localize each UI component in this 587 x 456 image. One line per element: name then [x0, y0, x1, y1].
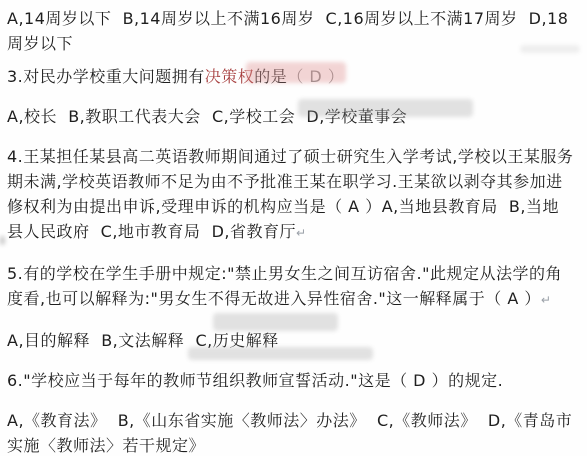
q5-options-line: A,目的解释 B,文法解释 C,历史解释: [7, 328, 575, 353]
text-segment: A,14周岁以下 B,14周岁以上不满16周岁 C,16周岁以上不满17周岁 D…: [7, 9, 568, 53]
text-segment: 5.有的学校在学生手册中规定:"禁止男女生之间互访宿舍."此规定从法学的角度看,…: [7, 264, 562, 308]
text-segment: 3.对民办学校重大问题拥有: [7, 67, 205, 86]
answer-letter: （ D ）: [287, 67, 344, 86]
q6-options-line: A,《教育法》 B,《山东省实施〈教师法〉办法》 C,《教师法》 D,《青岛市实…: [7, 408, 575, 456]
paragraph-return-mark: ↵: [296, 226, 307, 240]
q3-stem: 3.对民办学校重大问题拥有决策权的是（ D ）: [7, 64, 575, 89]
paragraph-return-mark: ↵: [541, 293, 552, 307]
exam-document-page: A,14周岁以下 B,14周岁以上不满16周岁 C,16周岁以上不满17周岁 D…: [0, 0, 587, 456]
text-segment: A,《教育法》 B,《山东省实施〈教师法〉办法》 C,《教师法》 D,《青岛市实…: [7, 411, 572, 455]
text-segment: A,目的解释 B,文法解释 C,历史解释: [7, 331, 279, 350]
q5-stem: 5.有的学校在学生手册中规定:"禁止男女生之间互访宿舍."此规定从法学的角度看,…: [7, 261, 575, 313]
q2-options-line: A,14周岁以下 B,14周岁以上不满16周岁 C,16周岁以上不满17周岁 D…: [7, 6, 575, 56]
q4-stem-and-options: 4.王某担任某县高二英语教师期间通过了硕士研究生入学考试,学校以王某服务期未满,…: [7, 144, 575, 246]
highlighted-term: 决策权: [205, 67, 255, 86]
text-segment: 的是: [254, 67, 287, 86]
edge-mark: [0, 236, 5, 245]
text-segment: 6."学校应当于每年的教师节组织教师宣誓活动."这是（ D ）的规定.: [7, 371, 503, 390]
question-text-block: A,14周岁以下 B,14周岁以上不满16周岁 C,16周岁以上不满17周岁 D…: [7, 6, 575, 456]
text-segment: A,校长 B,教职工代表大会 C,学校工会 D,学校董事会: [7, 107, 407, 126]
text-segment: 4.王某担任某县高二英语教师期间通过了硕士研究生入学考试,学校以王某服务期未满,…: [7, 147, 573, 241]
q6-stem: 6."学校应当于每年的教师节组织教师宣誓活动."这是（ D ）的规定.: [7, 368, 575, 393]
q3-options-line: A,校长 B,教职工代表大会 C,学校工会 D,学校董事会: [7, 104, 575, 129]
